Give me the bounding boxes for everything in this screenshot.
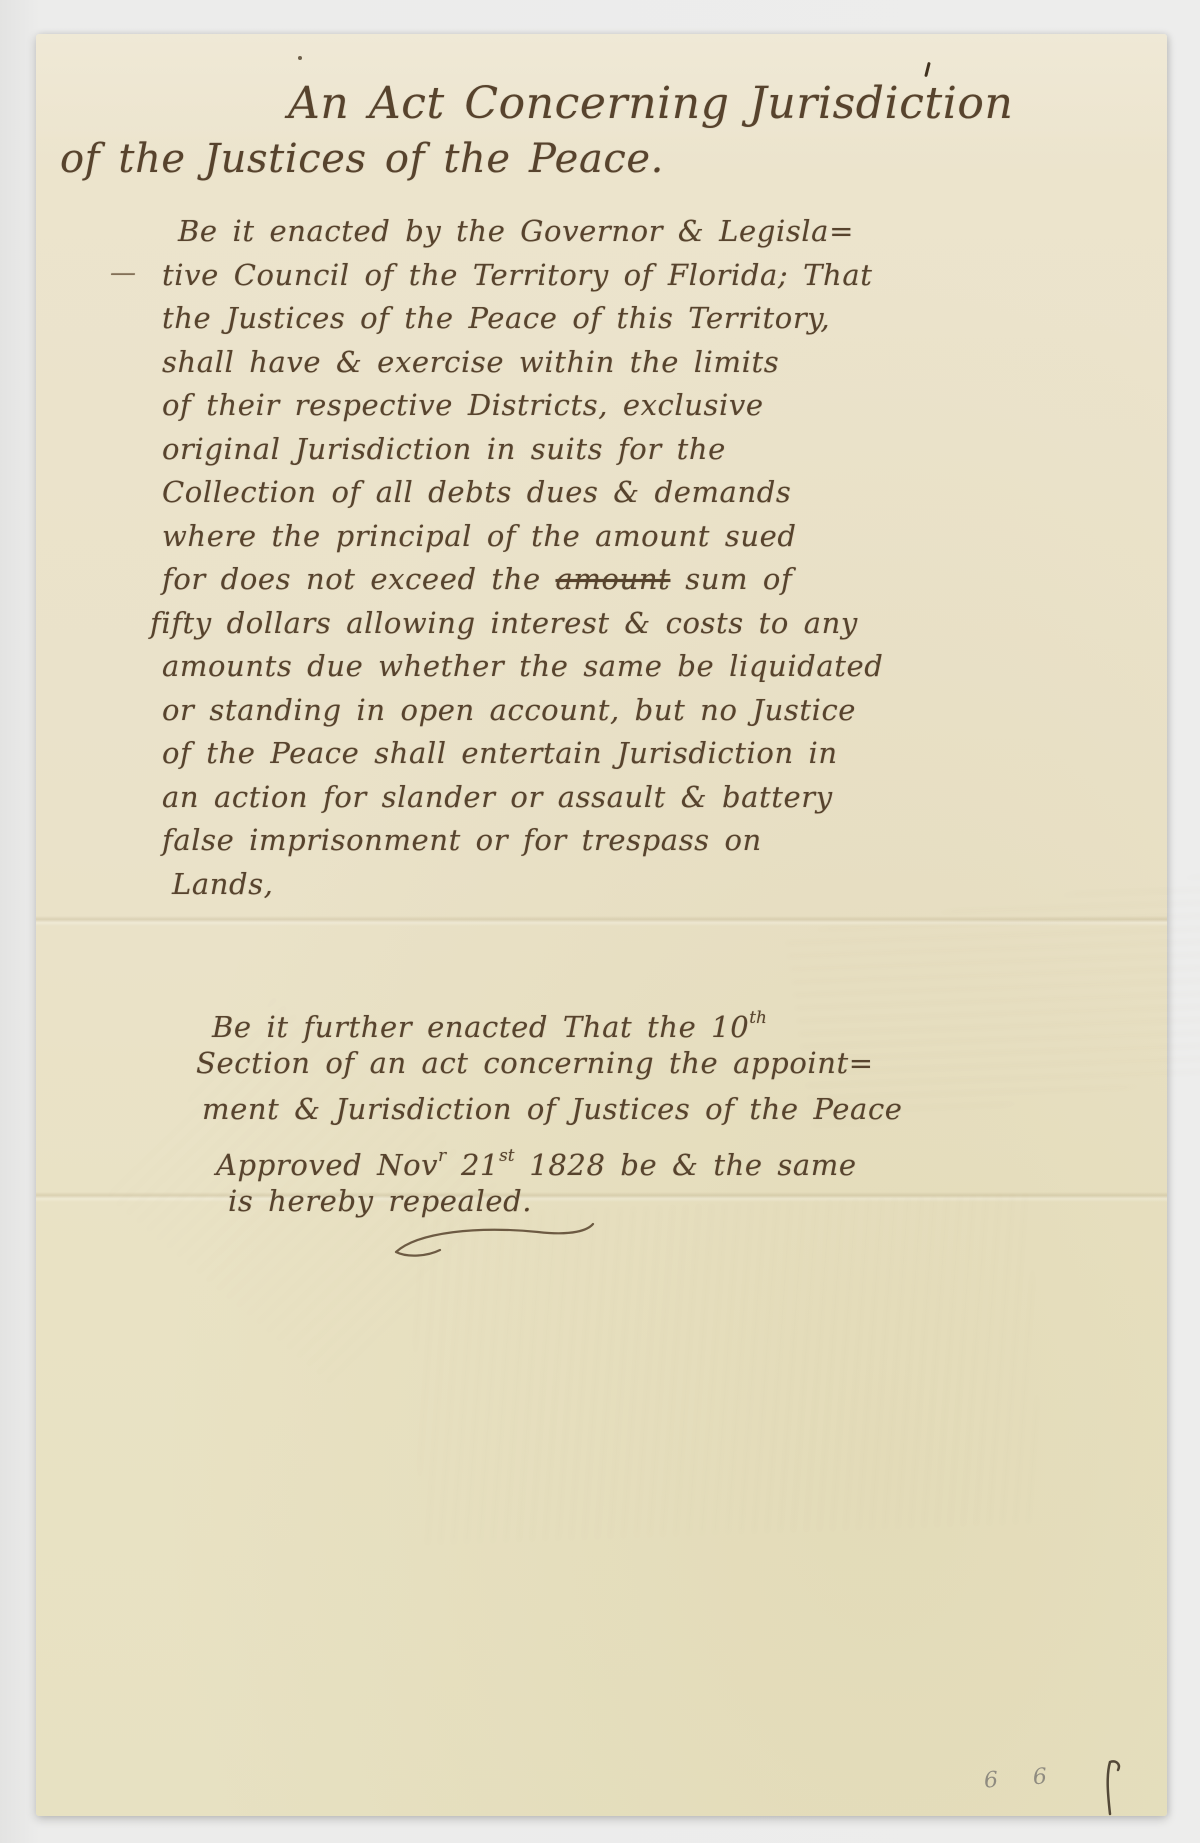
ink-mark: [1088, 1756, 1128, 1830]
line-text: Be it further enacted That the 10: [212, 1010, 749, 1044]
manuscript-line: original Jurisdiction in suits for the: [162, 428, 883, 472]
manuscript-line: fifty dollars allowing interest & costs …: [150, 602, 883, 646]
manuscript-line: where the principal of the amount sued: [162, 515, 883, 559]
stray-pen-mark: [924, 62, 931, 77]
line-text: Approved Nov: [216, 1148, 438, 1182]
manuscript-line-with-superscript: Be it further enacted That the 10th: [196, 994, 903, 1040]
manuscript-line: Section of an act concerning the appoint…: [196, 1040, 903, 1086]
repeal-paragraph: Be it further enacted That the 10th Sect…: [196, 994, 903, 1224]
manuscript-line: of their respective Districts, exclusive: [162, 384, 883, 428]
fold-crease: [36, 916, 1167, 926]
manuscript-line-with-superscript: Approved Novr 21st 1828 be & the same: [216, 1132, 903, 1178]
manuscript-line: false imprisonment or for trespass on: [162, 819, 883, 863]
enacting-paragraph: Be it enacted by the Governor & Legisla=…: [162, 210, 883, 906]
pencil-page-number: 6 6: [983, 1763, 1062, 1793]
manuscript-line: the Justices of the Peace of this Territ…: [162, 297, 883, 341]
abbreviation-superscript: r: [438, 1145, 446, 1165]
flourish-underline: [388, 1222, 608, 1266]
line-text: 1828 be & the same: [515, 1148, 857, 1182]
line-text: sum of: [670, 562, 792, 596]
ordinal-superscript: th: [749, 1007, 767, 1027]
scan-background: An Act Concerning Jurisdiction of the Ju…: [0, 0, 1200, 1843]
manuscript-line: Lands,: [172, 863, 883, 907]
ink-speck: [298, 56, 302, 60]
manuscript-line: tive Council of the Territory of Florida…: [162, 254, 883, 298]
line-text: for does not exceed the: [162, 562, 556, 596]
manuscript-line: of the Peace shall entertain Jurisdictio…: [162, 732, 883, 776]
manuscript-line: ment & Jurisdiction of Justices of the P…: [202, 1086, 903, 1132]
manuscript-line: is hereby repealed.: [228, 1178, 903, 1224]
struck-word: amount: [556, 562, 671, 596]
manuscript-line: amounts due whether the same be liquidat…: [162, 645, 883, 689]
ordinal-superscript: st: [499, 1145, 514, 1165]
margin-dash: —: [110, 258, 137, 288]
document-title-line-2: of the Justices of the Peace.: [60, 136, 664, 182]
document-title-line-1: An Act Concerning Jurisdiction: [288, 78, 1013, 129]
manuscript-page: An Act Concerning Jurisdiction of the Ju…: [36, 34, 1167, 1816]
manuscript-line: an action for slander or assault & batte…: [162, 776, 883, 820]
manuscript-line: Be it enacted by the Governor & Legisla=: [162, 210, 883, 254]
manuscript-line-with-strikeout: for does not exceed the amount sum of: [162, 558, 883, 602]
manuscript-line: shall have & exercise within the limits: [162, 341, 883, 385]
line-text: 21: [446, 1148, 499, 1182]
manuscript-line: or standing in open account, but no Just…: [162, 689, 883, 733]
manuscript-line: Collection of all debts dues & demands: [162, 471, 883, 515]
